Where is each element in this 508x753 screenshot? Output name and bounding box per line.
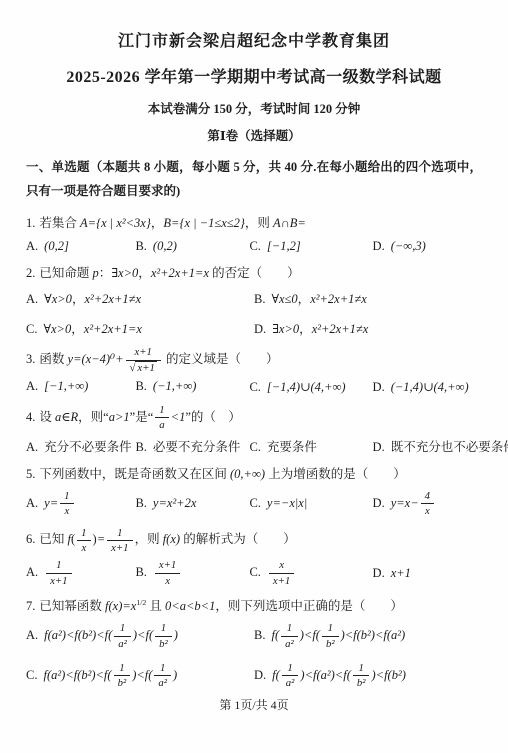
option-label: D. bbox=[254, 668, 266, 682]
math-text: x bbox=[425, 505, 430, 517]
text: ( bbox=[71, 532, 75, 546]
option-label: C. bbox=[249, 496, 260, 510]
math-text: 1 bbox=[160, 662, 165, 674]
math-text: (−∞,3) bbox=[391, 239, 426, 253]
math-text: x bbox=[81, 542, 86, 554]
math-text: x+1 bbox=[50, 575, 67, 587]
math-text: )<f(a²)<f( bbox=[300, 668, 350, 682]
option-body: (−1,+∞) bbox=[153, 379, 196, 393]
fraction-denominator: a² bbox=[154, 676, 171, 689]
math-text: ∀x>0 bbox=[43, 322, 71, 336]
text: 充分不必要条件 bbox=[44, 440, 132, 454]
question-stem: 7.已知幂函数 f(x)=x1/2 且 0<a<b<1，则下列选项中正确的是（ … bbox=[26, 596, 482, 617]
question-stem-text: 函数 y=(x−4)⁰+x+1√x+1 的定义域是（ ） bbox=[39, 352, 278, 366]
option: A.1x+1 bbox=[26, 559, 135, 587]
option-label: C. bbox=[249, 565, 260, 579]
text: ， bbox=[138, 266, 151, 280]
option: D.x+1 bbox=[373, 566, 482, 581]
fraction-denominator: x bbox=[77, 541, 90, 554]
text: ， bbox=[71, 322, 84, 336]
option-body: (−1,4)∪(4,+∞) bbox=[391, 380, 469, 394]
fraction-numerator: 1 bbox=[282, 662, 299, 676]
fraction: 1a² bbox=[114, 622, 131, 650]
text: 的解析式为（ ） bbox=[180, 532, 296, 546]
option-body: 充要条件 bbox=[267, 440, 317, 454]
question-number: 1. bbox=[26, 216, 35, 230]
math-text: a bbox=[159, 419, 164, 431]
option-body: ∀x≤0，x²+2x+1≠x bbox=[271, 292, 366, 306]
text: 下列函数中，既是奇函数又在区间 bbox=[39, 467, 230, 481]
option-body: ∀x>0，x²+2x+1≠x bbox=[44, 292, 141, 306]
fraction-numerator: 1 bbox=[107, 527, 132, 541]
math-text: 1 bbox=[287, 622, 292, 634]
math-text: b² bbox=[118, 677, 127, 689]
question-stem-text: 若集合 A={x | x²<3x}，B={x | −1≤x≤2}，则 A∩B= bbox=[39, 216, 305, 230]
option-body: (0,2] bbox=[44, 239, 69, 253]
exam-info: 本试卷满分 150 分，考试时间 120 分钟 bbox=[26, 99, 482, 117]
option-body: f(a²)<f(b²)<f(1b²)<f(1a²) bbox=[43, 668, 177, 682]
math-text: f(x) bbox=[163, 532, 180, 546]
option-body: [−1,+∞) bbox=[44, 379, 88, 393]
math-text: 1 bbox=[161, 622, 166, 634]
option-body: ∀x>0，x²+2x+1=x bbox=[43, 322, 142, 336]
text: ”是“ bbox=[130, 410, 154, 424]
math-text: x²+2x+1≠x bbox=[84, 292, 141, 306]
option-label: C. bbox=[249, 380, 260, 394]
question: 2.已知命题 p：∃x>0，x²+2x+1=x 的否定（ ）A.∀x>0，x²+… bbox=[26, 263, 482, 337]
math-text: <1 bbox=[171, 410, 186, 424]
math-text: (−1,+∞) bbox=[153, 379, 196, 393]
text: ，则下列选项中正确的是（ ） bbox=[215, 599, 403, 613]
math-text: b² bbox=[159, 638, 168, 650]
option-body: ∃x>0，x²+2x+1≠x bbox=[272, 322, 368, 336]
option-label: A. bbox=[26, 239, 38, 253]
option-label: C. bbox=[26, 668, 37, 682]
math-text: 1 bbox=[117, 527, 122, 539]
math-text: x+1 bbox=[273, 575, 290, 587]
options-grid: A.充分不必要条件B.必要不充分条件C.充要条件D.既不充分也不必要条件 bbox=[26, 437, 482, 455]
question-number: 4. bbox=[26, 410, 35, 424]
fraction-numerator: 1 bbox=[155, 622, 172, 636]
math-text: (0,+∞) bbox=[230, 467, 265, 481]
math-text: x bbox=[279, 559, 284, 571]
school-name: 江门市新会梁启超纪念中学教育集团 bbox=[26, 28, 482, 51]
option: B.(−1,+∞) bbox=[135, 379, 249, 394]
text: 函数 bbox=[39, 352, 67, 366]
math-text: A∩B= bbox=[273, 216, 306, 230]
question-number: 6. bbox=[26, 532, 35, 546]
question-stem: 1.若集合 A={x | x²<3x}，B={x | −1≤x≤2}，则 A∩B… bbox=[26, 213, 482, 234]
fraction-denominator: x+1 bbox=[46, 574, 71, 587]
question-stem: 3.函数 y=(x−4)⁰+x+1√x+1 的定义域是（ ） bbox=[26, 346, 482, 374]
option-body: x+1 bbox=[391, 566, 411, 580]
question-number: 3. bbox=[26, 352, 35, 366]
fraction: x+1x bbox=[155, 559, 180, 587]
math-text: ) bbox=[173, 668, 177, 682]
option-body: 既不充分也不必要条件 bbox=[391, 440, 508, 454]
volume-heading: 第Ⅰ卷（选择题） bbox=[26, 126, 482, 144]
question-stem-text: 已知幂函数 f(x)=x1/2 且 0<a<b<1，则下列选项中正确的是（ ） bbox=[39, 599, 402, 613]
math-text: a² bbox=[286, 677, 295, 689]
option-body: x+1x bbox=[153, 565, 182, 579]
text: ，则 bbox=[135, 532, 163, 546]
fraction: 1x bbox=[77, 527, 90, 555]
text: ， bbox=[299, 322, 312, 336]
option-label: A. bbox=[26, 496, 38, 510]
fraction-numerator: 1 bbox=[155, 404, 168, 418]
math-text: 1 bbox=[328, 622, 333, 634]
math-text: A={x | x²<3x} bbox=[80, 216, 151, 230]
option: B.x+1x bbox=[135, 559, 249, 587]
option-label: D. bbox=[373, 566, 385, 580]
text: 已知幂函数 bbox=[39, 599, 105, 613]
math-text: [−1,2] bbox=[267, 239, 301, 253]
question-number: 2. bbox=[26, 266, 35, 280]
options-grid: A.[−1,+∞)B.(−1,+∞)C.[−1,4)∪(4,+∞)D.(−1,4… bbox=[26, 379, 482, 395]
math-text: f( bbox=[271, 628, 279, 642]
question: 7.已知幂函数 f(x)=x1/2 且 0<a<b<1，则下列选项中正确的是（ … bbox=[26, 596, 482, 690]
option-label: B. bbox=[254, 292, 265, 306]
option: C.f(a²)<f(b²)<f(1b²)<f(1a²) bbox=[26, 662, 254, 690]
fraction: xx+1 bbox=[269, 559, 294, 587]
fraction-denominator: x bbox=[60, 504, 73, 517]
text: ，则“ bbox=[78, 410, 109, 424]
option: B.f(1a²)<f(1b²)<f(b²)<f(a²) bbox=[254, 622, 482, 650]
math-text: x+1 bbox=[391, 566, 411, 580]
page-footer: 第 1页/共 4页 bbox=[0, 696, 508, 713]
fraction-denominator: x bbox=[421, 504, 434, 517]
option-label: D. bbox=[373, 239, 385, 253]
exam-page: 江门市新会梁启超纪念中学教育集团 2025-2026 学年第一学期期中考试高一级… bbox=[0, 0, 508, 753]
option-body: 必要不充分条件 bbox=[153, 440, 241, 454]
fraction: x+1√x+1 bbox=[126, 346, 161, 374]
fraction-numerator: 1 bbox=[154, 662, 171, 676]
math-text: x+1 bbox=[134, 346, 151, 358]
math-text: )<f( bbox=[132, 668, 152, 682]
math-text: a>1 bbox=[109, 410, 130, 424]
option: C.y=−x|x| bbox=[249, 496, 372, 511]
math-text: ) bbox=[174, 628, 178, 642]
question-stem-text: 已知 f(1x)=1x+1，则 f(x) 的解析式为（ ） bbox=[39, 532, 295, 546]
text: 上为增函数的是（ ） bbox=[265, 467, 406, 481]
fraction: 1a² bbox=[281, 622, 298, 650]
option-label: A. bbox=[26, 628, 38, 642]
option: C.∀x>0，x²+2x+1=x bbox=[26, 319, 254, 337]
math-text: ∀x≤0 bbox=[271, 292, 297, 306]
fraction: 1x bbox=[60, 490, 73, 518]
math-text: x bbox=[64, 505, 69, 517]
text: 设 bbox=[39, 410, 55, 424]
option-label: B. bbox=[135, 565, 146, 579]
option: D.(−∞,3) bbox=[373, 239, 482, 254]
text: 已知命题 bbox=[39, 266, 92, 280]
fraction-denominator: b² bbox=[114, 676, 131, 689]
option-body: y=1x bbox=[44, 496, 75, 510]
math-text: f( bbox=[272, 668, 280, 682]
option: D.(−1,4)∪(4,+∞) bbox=[373, 379, 482, 395]
option-label: A. bbox=[26, 292, 38, 306]
math-text: )<f(b²)<f(a²) bbox=[341, 628, 406, 642]
option: C.[−1,4)∪(4,+∞) bbox=[249, 379, 372, 395]
math-text: y=x²+2x bbox=[153, 496, 197, 510]
option: B.必要不充分条件 bbox=[135, 437, 249, 455]
option-body: 1x+1 bbox=[44, 565, 73, 579]
fraction-numerator: x+1 bbox=[155, 559, 180, 573]
option-body: f(1a²)<f(a²)<f(1b²)<f(b²) bbox=[272, 668, 406, 682]
text: ∈ bbox=[61, 410, 70, 424]
option-label: C. bbox=[249, 440, 260, 454]
fraction-denominator: b² bbox=[155, 637, 172, 650]
fraction-numerator: 1 bbox=[322, 622, 339, 636]
math-text: 1 bbox=[159, 404, 164, 416]
math-text: y=(x−4)⁰+ bbox=[68, 352, 124, 366]
option-body: 充分不必要条件 bbox=[44, 440, 132, 454]
fraction-numerator: x bbox=[269, 559, 294, 573]
sqrt-expression: √x+1 bbox=[130, 361, 157, 374]
text: ： bbox=[99, 266, 112, 280]
math-text: y= bbox=[44, 496, 58, 510]
option: B.y=x²+2x bbox=[135, 496, 249, 511]
text: ， bbox=[72, 292, 85, 306]
fraction-numerator: 1 bbox=[353, 662, 370, 676]
fraction-denominator: b² bbox=[322, 637, 339, 650]
question-stem-text: 设 a∈R，则“a>1”是“1a<1”的（ ） bbox=[39, 410, 241, 424]
question-stem: 5.下列函数中，既是奇函数又在区间 (0,+∞) 上为增函数的是（ ） bbox=[26, 464, 482, 485]
text: ， bbox=[298, 292, 311, 306]
option-body: xx+1 bbox=[267, 565, 296, 579]
section-intro: 一、单选题（本题共 8 小题，每小题 5 分，共 40 分.在每小题给出的四个选… bbox=[26, 155, 482, 204]
math-text: 1 bbox=[358, 662, 363, 674]
text: ”的（ ） bbox=[185, 410, 241, 424]
question: 1.若集合 A={x | x²<3x}，B={x | −1≤x≤2}，则 A∩B… bbox=[26, 213, 482, 254]
fraction-denominator: a bbox=[155, 418, 168, 431]
question-number: 5. bbox=[26, 467, 35, 481]
option: A.(0,2] bbox=[26, 239, 135, 254]
options-grid: A.1x+1B.x+1xC.xx+1D.x+1 bbox=[26, 559, 482, 587]
text: 的否定（ ） bbox=[209, 266, 300, 280]
fraction-numerator: 1 bbox=[114, 622, 131, 636]
option-label: B. bbox=[135, 379, 146, 393]
fraction-denominator: a² bbox=[281, 637, 298, 650]
math-text: x+1 bbox=[111, 542, 128, 554]
option-label: B. bbox=[254, 628, 265, 642]
option: D.f(1a²)<f(a²)<f(1b²)<f(b²) bbox=[254, 662, 482, 690]
math-text: )<f(b²) bbox=[371, 668, 405, 682]
exam-title: 2025-2026 学年第一学期期中考试高一级数学科试题 bbox=[26, 64, 482, 87]
radicand: x+1 bbox=[135, 361, 156, 374]
fraction-denominator: a² bbox=[282, 676, 299, 689]
text: 充要条件 bbox=[267, 440, 317, 454]
option-label: B. bbox=[135, 496, 146, 510]
math-text: x²+2x+1=x bbox=[151, 266, 209, 280]
math-text: ∀x>0 bbox=[44, 292, 72, 306]
math-text: 1 bbox=[120, 622, 125, 634]
fraction-denominator: √x+1 bbox=[126, 361, 161, 374]
fraction: 1b² bbox=[353, 662, 370, 690]
option-body: [−1,2] bbox=[267, 239, 301, 253]
math-text: (0,2) bbox=[153, 239, 177, 253]
option-label: D. bbox=[373, 496, 385, 510]
fraction-numerator: x+1 bbox=[126, 346, 161, 360]
fraction: 1b² bbox=[155, 622, 172, 650]
math-text: B={x | −1≤x≤2} bbox=[163, 216, 245, 230]
math-text: a² bbox=[285, 638, 294, 650]
fraction-numerator: 1 bbox=[77, 527, 90, 541]
math-text: b² bbox=[357, 677, 366, 689]
option-label: A. bbox=[26, 379, 38, 393]
fraction-denominator: x+1 bbox=[107, 541, 132, 554]
math-text: a² bbox=[158, 677, 167, 689]
option-body: [−1,4)∪(4,+∞) bbox=[267, 380, 346, 394]
option-label: D. bbox=[373, 380, 385, 394]
option-label: B. bbox=[135, 440, 146, 454]
fraction-numerator: 1 bbox=[281, 622, 298, 636]
math-text: ∃x>0 bbox=[272, 322, 299, 336]
fraction: 1x+1 bbox=[107, 527, 132, 555]
fraction: 1b² bbox=[322, 622, 339, 650]
option-label: D. bbox=[373, 440, 385, 454]
option: A.y=1x bbox=[26, 490, 135, 518]
text: ， bbox=[151, 216, 164, 230]
fraction: 4x bbox=[421, 490, 434, 518]
option-body: y=−x|x| bbox=[267, 496, 307, 510]
math-text: x²+2x+1≠x bbox=[310, 292, 367, 306]
math-text: ∃x>0 bbox=[111, 266, 138, 280]
option-label: C. bbox=[249, 239, 260, 253]
question: 4.设 a∈R，则“a>1”是“1a<1”的（ ）A.充分不必要条件B.必要不充… bbox=[26, 404, 482, 455]
math-text: f(a²)<f(b²)<f( bbox=[43, 668, 111, 682]
exponent: 1/2 bbox=[136, 598, 146, 607]
text: 若集合 bbox=[39, 216, 80, 230]
fraction-numerator: 1 bbox=[114, 662, 131, 676]
fraction-denominator: a² bbox=[114, 637, 131, 650]
fraction-numerator: 4 bbox=[421, 490, 434, 504]
option-label: C. bbox=[26, 322, 37, 336]
math-text: f(x)= bbox=[105, 599, 131, 613]
option: D.∃x>0，x²+2x+1≠x bbox=[254, 319, 482, 337]
option: B.(0,2) bbox=[135, 239, 249, 254]
option-body: y=x−4x bbox=[391, 496, 436, 510]
option: A.充分不必要条件 bbox=[26, 437, 135, 455]
question: 6.已知 f(1x)=1x+1，则 f(x) 的解析式为（ ）A.1x+1B.x… bbox=[26, 527, 482, 587]
option: D.既不充分也不必要条件 bbox=[373, 437, 482, 455]
fraction: 1a bbox=[155, 404, 168, 432]
math-text: )<f( bbox=[133, 628, 153, 642]
option: B.∀x≤0，x²+2x+1≠x bbox=[254, 289, 482, 307]
option-body: y=x²+2x bbox=[153, 496, 197, 510]
math-text: )<f( bbox=[300, 628, 320, 642]
question-stem: 4.设 a∈R，则“a>1”是“1a<1”的（ ） bbox=[26, 404, 482, 432]
question-stem: 6.已知 f(1x)=1x+1，则 f(x) 的解析式为（ ） bbox=[26, 527, 482, 555]
fraction-denominator: x bbox=[155, 574, 180, 587]
math-text: 1 bbox=[56, 559, 61, 571]
math-text: x bbox=[165, 575, 170, 587]
math-text: x²+2x+1≠x bbox=[312, 322, 369, 336]
math-text: (−1,4)∪(4,+∞) bbox=[391, 380, 469, 394]
math-text: f(a²)<f(b²)<f( bbox=[44, 628, 112, 642]
fraction-denominator: b² bbox=[353, 676, 370, 689]
math-text: [−1,+∞) bbox=[44, 379, 88, 393]
option: A.[−1,+∞) bbox=[26, 379, 135, 394]
option: C.xx+1 bbox=[249, 559, 372, 587]
math-text: y=−x|x| bbox=[267, 496, 307, 510]
question-number: 7. bbox=[26, 599, 35, 613]
math-text: 1 bbox=[119, 662, 124, 674]
math-text: (0,2] bbox=[44, 239, 69, 253]
text: 且 bbox=[146, 599, 165, 613]
text: 的定义域是（ ） bbox=[163, 352, 279, 366]
math-text: 0<a<b<1 bbox=[165, 599, 215, 613]
math-text: y=x− bbox=[391, 496, 419, 510]
option: A.f(a²)<f(b²)<f(1a²)<f(1b²) bbox=[26, 622, 254, 650]
fraction: 1x+1 bbox=[46, 559, 71, 587]
math-text: x+1 bbox=[159, 559, 176, 571]
math-text: b² bbox=[326, 638, 335, 650]
question: 5.下列函数中，既是奇函数又在区间 (0,+∞) 上为增函数的是（ ）A.y=1… bbox=[26, 464, 482, 518]
option-label: A. bbox=[26, 440, 38, 454]
text: 必要不充分条件 bbox=[153, 440, 241, 454]
option: C.充要条件 bbox=[249, 437, 372, 455]
options-grid: A.f(a²)<f(b²)<f(1a²)<f(1b²)B.f(1a²)<f(1b… bbox=[26, 622, 482, 689]
math-text: 1 bbox=[81, 527, 86, 539]
option-body: f(1a²)<f(1b²)<f(b²)<f(a²) bbox=[271, 628, 405, 642]
question-stem: 2.已知命题 p：∃x>0，x²+2x+1=x 的否定（ ） bbox=[26, 263, 482, 284]
option: D.y=x−4x bbox=[373, 490, 482, 518]
math-text: x²+2x+1=x bbox=[84, 322, 142, 336]
option-label: A. bbox=[26, 565, 38, 579]
fraction: 1a² bbox=[154, 662, 171, 690]
question-stem-text: 已知命题 p：∃x>0，x²+2x+1=x 的否定（ ） bbox=[39, 266, 299, 280]
options-grid: A.∀x>0，x²+2x+1≠xB.∀x≤0，x²+2x+1≠xC.∀x>0，x… bbox=[26, 289, 482, 337]
math-text: 1 bbox=[64, 490, 69, 502]
text: 既不充分也不必要条件 bbox=[391, 440, 508, 454]
questions-list: 1.若集合 A={x | x²<3x}，B={x | −1≤x≤2}，则 A∩B… bbox=[26, 213, 482, 690]
option-body: f(a²)<f(b²)<f(1a²)<f(1b²) bbox=[44, 628, 178, 642]
text: 已知 bbox=[39, 532, 67, 546]
option: A.∀x>0，x²+2x+1≠x bbox=[26, 289, 254, 307]
option-label: D. bbox=[254, 322, 266, 336]
fraction: 1b² bbox=[114, 662, 131, 690]
math-text: [−1,4)∪(4,+∞) bbox=[267, 380, 346, 394]
option-label: B. bbox=[135, 239, 146, 253]
fraction-denominator: x+1 bbox=[269, 574, 294, 587]
question-stem-text: 下列函数中，既是奇函数又在区间 (0,+∞) 上为增函数的是（ ） bbox=[39, 467, 405, 481]
question: 3.函数 y=(x−4)⁰+x+1√x+1 的定义域是（ ）A.[−1,+∞)B… bbox=[26, 346, 482, 395]
option-body: (0,2) bbox=[153, 239, 177, 253]
math-text: 4 bbox=[425, 490, 430, 502]
options-grid: A.y=1xB.y=x²+2xC.y=−x|x|D.y=x−4x bbox=[26, 490, 482, 518]
option-body: (−∞,3) bbox=[391, 239, 426, 253]
fraction-numerator: 1 bbox=[60, 490, 73, 504]
fraction: 1a² bbox=[282, 662, 299, 690]
math-text: a² bbox=[118, 638, 127, 650]
option: C.[−1,2] bbox=[249, 239, 372, 254]
fraction-numerator: 1 bbox=[46, 559, 71, 573]
math-text: 1 bbox=[287, 662, 292, 674]
math-text: = bbox=[97, 532, 105, 546]
options-grid: A.(0,2]B.(0,2)C.[−1,2]D.(−∞,3) bbox=[26, 239, 482, 254]
text: ，则 bbox=[245, 216, 273, 230]
